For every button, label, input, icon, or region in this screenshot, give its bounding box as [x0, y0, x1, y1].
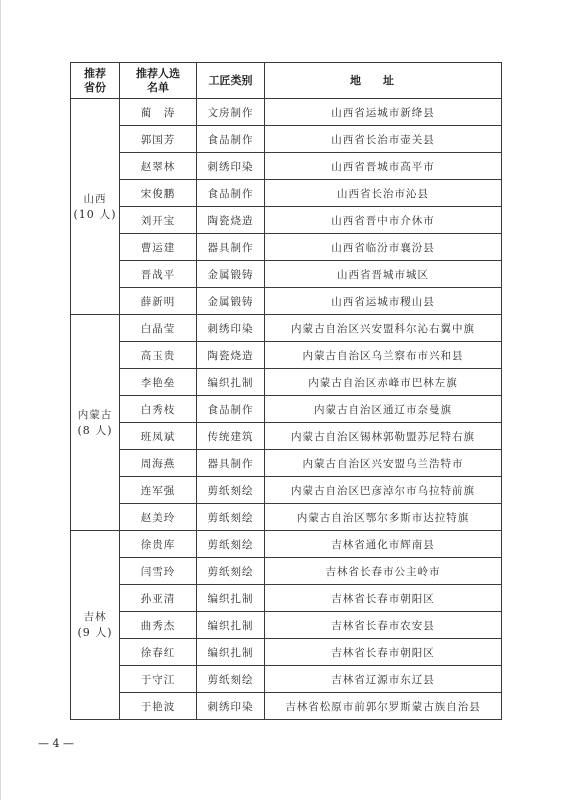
header-category: 工匠类别	[197, 63, 265, 99]
address-cell: 内蒙古自治区赤峰市巴林左旗	[265, 369, 502, 396]
address-cell: 内蒙古自治区巴彦淖尔市乌拉特前旗	[265, 477, 502, 504]
name-cell: 孙亚清	[120, 585, 197, 612]
address-cell: 山西省晋城市高平市	[265, 153, 502, 180]
address-cell: 山西省临汾市襄汾县	[265, 234, 502, 261]
name-cell: 郭国芳	[120, 126, 197, 153]
name-cell: 徐春红	[120, 639, 197, 666]
province-name: 内蒙古	[71, 408, 119, 423]
table-row: 曹运建器具制作山西省临汾市襄汾县	[71, 234, 502, 261]
category-cell: 器具制作	[197, 234, 265, 261]
header-name-line2: 名单	[120, 81, 196, 95]
province-count: (8 人)	[71, 423, 119, 438]
table-body: 山西(10 人)蔺 涛文房制作山西省运城市新绛县郭国芳食品制作山西省长治市壶关县…	[71, 99, 502, 720]
category-cell: 陶瓷烧造	[197, 342, 265, 369]
address-cell: 内蒙古自治区锡林郭勒盟苏尼特右旗	[265, 423, 502, 450]
table-row: 连军强剪纸刻绘内蒙古自治区巴彦淖尔市乌拉特前旗	[71, 477, 502, 504]
name-cell: 于艳波	[120, 693, 197, 720]
category-cell: 编织扎制	[197, 369, 265, 396]
name-cell: 蔺 涛	[120, 99, 197, 126]
name-cell: 周海燕	[120, 450, 197, 477]
address-cell: 山西省运城市新绛县	[265, 99, 502, 126]
table-row: 闫雪玲剪纸刻绘吉林省长春市公主岭市	[71, 558, 502, 585]
category-cell: 刺绣印染	[197, 693, 265, 720]
header-province: 推荐 省份	[71, 63, 120, 99]
address-cell: 吉林省通化市辉南县	[265, 531, 502, 558]
address-cell: 吉林省辽源市东辽县	[265, 666, 502, 693]
name-cell: 徐贵库	[120, 531, 197, 558]
province-cell: 内蒙古(8 人)	[71, 315, 120, 531]
table-row: 内蒙古(8 人)白晶莹刺绣印染内蒙古自治区兴安盟科尔沁右翼中旗	[71, 315, 502, 342]
name-cell: 白晶莹	[120, 315, 197, 342]
page-number: — 4 —	[38, 737, 74, 750]
province-name: 吉林	[71, 610, 119, 625]
name-cell: 李艳垒	[120, 369, 197, 396]
header-name: 推荐人选 名单	[120, 63, 197, 99]
category-cell: 陶瓷烧造	[197, 207, 265, 234]
name-cell: 于守江	[120, 666, 197, 693]
name-cell: 白秀枝	[120, 396, 197, 423]
name-cell: 连军强	[120, 477, 197, 504]
category-cell: 剪纸刻绘	[197, 558, 265, 585]
table-row: 晋战平金属锻铸山西省晋城市城区	[71, 261, 502, 288]
table-row: 宋俊鹏食品制作山西省长治市沁县	[71, 180, 502, 207]
category-cell: 金属锻铸	[197, 261, 265, 288]
name-cell: 赵美玲	[120, 504, 197, 531]
name-cell: 晋战平	[120, 261, 197, 288]
table-row: 白秀枝食品制作内蒙古自治区通辽市奈曼旗	[71, 396, 502, 423]
address-cell: 内蒙古自治区鄂尔多斯市达拉特旗	[265, 504, 502, 531]
address-cell: 山西省晋城市城区	[265, 261, 502, 288]
category-cell: 食品制作	[197, 396, 265, 423]
category-cell: 食品制作	[197, 126, 265, 153]
header-address-label: 地址	[350, 74, 416, 87]
table-row: 周海燕器具制作内蒙古自治区兴安盟乌兰浩特市	[71, 450, 502, 477]
province-cell: 山西(10 人)	[71, 99, 120, 315]
category-cell: 文房制作	[197, 99, 265, 126]
table-row: 薛新明金属锻铸山西省运城市稷山县	[71, 288, 502, 315]
address-cell: 内蒙古自治区兴安盟乌兰浩特市	[265, 450, 502, 477]
address-cell: 吉林省松原市前郭尔罗斯蒙古族自治县	[265, 693, 502, 720]
table-row: 吉林(9 人)徐贵库剪纸刻绘吉林省通化市辉南县	[71, 531, 502, 558]
name-cell: 刘开宝	[120, 207, 197, 234]
category-cell: 刺绣印染	[197, 153, 265, 180]
category-cell: 剪纸刻绘	[197, 531, 265, 558]
table-header-row: 推荐 省份 推荐人选 名单 工匠类别 地址	[71, 63, 502, 99]
name-cell: 曲秀杰	[120, 612, 197, 639]
address-cell: 山西省长治市沁县	[265, 180, 502, 207]
category-cell: 剪纸刻绘	[197, 666, 265, 693]
table-row: 郭国芳食品制作山西省长治市壶关县	[71, 126, 502, 153]
category-cell: 剪纸刻绘	[197, 504, 265, 531]
header-province-line1: 推荐	[71, 67, 119, 81]
header-address: 地址	[265, 63, 502, 99]
name-cell: 宋俊鹏	[120, 180, 197, 207]
category-cell: 剪纸刻绘	[197, 477, 265, 504]
scan-edge-line	[0, 0, 1, 800]
address-cell: 山西省晋中市介休市	[265, 207, 502, 234]
address-cell: 山西省长治市壶关县	[265, 126, 502, 153]
category-cell: 传统建筑	[197, 423, 265, 450]
address-cell: 内蒙古自治区兴安盟科尔沁右翼中旗	[265, 315, 502, 342]
province-count: (10 人)	[71, 207, 119, 222]
address-cell: 吉林省长春市朝阳区	[265, 639, 502, 666]
header-name-line1: 推荐人选	[120, 67, 196, 81]
address-cell: 山西省运城市稷山县	[265, 288, 502, 315]
table-row: 赵翠林刺绣印染山西省晋城市高平市	[71, 153, 502, 180]
address-cell: 内蒙古自治区乌兰察布市兴和县	[265, 342, 502, 369]
category-cell: 食品制作	[197, 180, 265, 207]
category-cell: 编织扎制	[197, 585, 265, 612]
category-cell: 编织扎制	[197, 612, 265, 639]
address-cell: 内蒙古自治区通辽市奈曼旗	[265, 396, 502, 423]
province-count: (9 人)	[71, 625, 119, 640]
category-cell: 刺绣印染	[197, 315, 265, 342]
name-cell: 班凤斌	[120, 423, 197, 450]
province-name: 山西	[71, 192, 119, 207]
table-row: 赵美玲剪纸刻绘内蒙古自治区鄂尔多斯市达拉特旗	[71, 504, 502, 531]
province-cell: 吉林(9 人)	[71, 531, 120, 720]
address-cell: 吉林省长春市公主岭市	[265, 558, 502, 585]
craftsman-roster-table: 推荐 省份 推荐人选 名单 工匠类别 地址 山西(10 人)蔺 涛文房制作山西省…	[70, 62, 502, 720]
category-cell: 金属锻铸	[197, 288, 265, 315]
name-cell: 曹运建	[120, 234, 197, 261]
table-row: 于守江剪纸刻绘吉林省辽源市东辽县	[71, 666, 502, 693]
table-row: 刘开宝陶瓷烧造山西省晋中市介休市	[71, 207, 502, 234]
table-row: 高玉贵陶瓷烧造内蒙古自治区乌兰察布市兴和县	[71, 342, 502, 369]
table-row: 徐春红编织扎制吉林省长春市朝阳区	[71, 639, 502, 666]
name-cell: 高玉贵	[120, 342, 197, 369]
header-province-line2: 省份	[71, 81, 119, 95]
table-row: 李艳垒编织扎制内蒙古自治区赤峰市巴林左旗	[71, 369, 502, 396]
name-cell: 闫雪玲	[120, 558, 197, 585]
table-row: 曲秀杰编织扎制吉林省长春市农安县	[71, 612, 502, 639]
name-cell: 赵翠林	[120, 153, 197, 180]
name-cell: 薛新明	[120, 288, 197, 315]
address-cell: 吉林省长春市朝阳区	[265, 585, 502, 612]
category-cell: 编织扎制	[197, 639, 265, 666]
category-cell: 器具制作	[197, 450, 265, 477]
address-cell: 吉林省长春市农安县	[265, 612, 502, 639]
table-row: 山西(10 人)蔺 涛文房制作山西省运城市新绛县	[71, 99, 502, 126]
table-row: 班凤斌传统建筑内蒙古自治区锡林郭勒盟苏尼特右旗	[71, 423, 502, 450]
table-row: 孙亚清编织扎制吉林省长春市朝阳区	[71, 585, 502, 612]
table-row: 于艳波刺绣印染吉林省松原市前郭尔罗斯蒙古族自治县	[71, 693, 502, 720]
